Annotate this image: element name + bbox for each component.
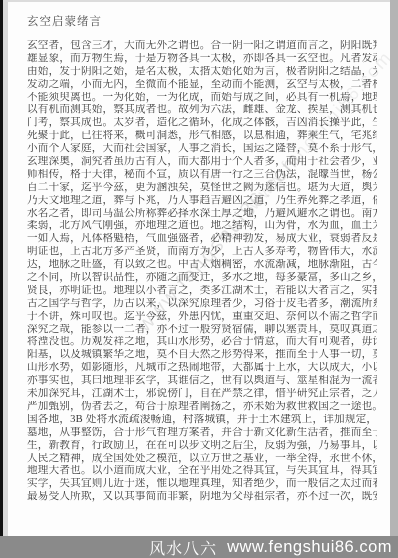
site-name: 风水八六: [149, 536, 217, 558]
chapter-title: 玄空启蒙绪言: [27, 13, 102, 29]
text-line: 不能须臾离也。一为化始，一为化成，而始与成之间，必具有一机焉，地理者，: [27, 92, 377, 105]
text-line: 国各地，3B 处将水流疏浚畅通，村落城镇，并于土木建筑上，详加规定，新旧: [27, 414, 377, 427]
text-line: 墓地，从事整饬，合于形气哲理方案者，并合于新文化新生活者，推而至于新卫: [27, 427, 377, 440]
text-line: 人民之精神，成全国处处之模范，以立万世之基业，一举全得，永世不休，此即: [27, 453, 377, 466]
text-line: 柔弱，北方风气刚强，亦地理之道也。地之结构，山为骨，水为血，血土为肉，: [27, 220, 377, 233]
text-line: 乃天文地理之道，葬与卜兆，乃人事趋吉避凶之道，乃生养死葬之孝道，俗以风: [27, 195, 377, 208]
scan-edge-left-gray: [3, 0, 8, 537]
footer-bar: 风水八六 www.fengshui86.com: [0, 536, 398, 558]
text-line: 古之国学与哲学，历古以来，以深究原理者少，习俗于皮毛者多，潮流所系，几: [27, 298, 377, 311]
text-line: 严加甄别，伪者去之，苟合于原理者阐扬之，亦未始为救世救国之一途也。设全: [27, 401, 377, 414]
site-url-link[interactable]: www.fengshui86.com: [227, 538, 392, 557]
text-line: 发动之端，小而无内，至微而不能显，至动而不能测，玄空与太极，二者相需而: [27, 79, 377, 92]
text-line: 玄空者，包含三才，大而无外之谓也。合一阴一阳之谓道而言之，阴阳既判，雌: [27, 40, 377, 53]
scan-edge-top: [0, 0, 398, 2]
text-line: 以有机而测其始，察其成者也。故列为六法，雌雄、金龙、挨星，测其机也。城: [27, 104, 377, 117]
text-line: 阳基，以及城镇繁华之地，莫不自天然之形势得来，推而至于人事一切，莫不与: [27, 349, 377, 362]
text-line: 山形水势，如影随形，凡城市之热闹地带，大都属于上水，大以成大，小以成小，: [27, 362, 377, 375]
text-line: 死聚于此，已往将来，概可洞悉，形气相感，以息相通，葬乘生气，宅兆纳气，: [27, 130, 377, 143]
text-line: 未加深究耳，江湖术士，邪说傍门，自在严禁之律，惜乎研究正宗者，乏人提倡，: [27, 388, 377, 401]
text-line: 将湮没也。历观发祥之地，其山水形势，必合于情意，而大有可观者，毋论阴地: [27, 336, 377, 349]
text-line: 门考，察其成也。太岁者，造化之循环，化成之体骸，吉凶消长操乎此，生旺衰: [27, 117, 377, 130]
body-text: 玄空者，包含三才，大而无外之谓也。合一阴一阳之谓道而言之，阴阳既判，雌雄显象，而…: [27, 40, 377, 504]
text-line: 明证也，上古北方多产圣贤，而南方为少，上古人多寿考，物皆伟大，水流之畅: [27, 246, 377, 259]
text-line: 水名之者，即司马温公所称葬必择水深土厚之地，乃避风避水之谓也。南方风气: [27, 208, 377, 221]
text-line: 生，新教育，行政励卫，在在可以步文明之后尘，反弱为强，乃易事耳，以全国: [27, 440, 377, 453]
text-line: 地理大者也。以小道而成大业，全在乎用处之得其宜，与失其宜耳，得其宜则为: [27, 465, 377, 478]
text-line: 贤良，亦明证也。地理以小者言之，类多江湖术士，若能以大者言之，实我国最: [27, 285, 377, 298]
text-line: 于不讲，殊可叹也。迄乎今兹，外患内忧，重重交迫、奈何以不需之哲学而加以: [27, 311, 377, 324]
text-line: 雄显象，而万物生焉，于是万物各具一太极，亦即各具一玄空也。凡者发动之所: [27, 53, 377, 66]
text-line: 一如人焉，凡体格魁梧，气血强盛者，必精神勃发，易成大业，衰弱者反是，其: [27, 233, 377, 246]
text-line: 师相传，格于天律，秘而不宣，质以有唐一行之三合伪法，混曚当世，杨公已称: [27, 169, 377, 182]
text-line: 之不同，所以智识品性，亦随之而变迁，多水之地，每多豪富，多山之乡，每多: [27, 272, 377, 285]
text-line: 由始，发于阴阳之始，是名太极，太揩太始化始为言，极者阴阳之结晶，为万物: [27, 66, 377, 79]
text-line: 亦事实也，其曰地理非玄学，其谁信之，世有以舆道与、筮星相混为一流者，乃: [27, 375, 377, 388]
scanned-book-page: www.fengshui86.com www.fengshui86.com 玄空…: [0, 0, 398, 558]
text-line: 达，地脉之旺盛，有以致之也。中古人烟稠密，水流渐减，地脉渐阻，古今之气: [27, 259, 377, 272]
scan-edge-right: [390, 0, 398, 537]
text-line: 最易受人所欺，又以其事简而非繁，阴地为父母祖宗者，亦不过一次，既安而后: [27, 491, 377, 504]
text-line: 实学，失其宜则几近于迷，惟以地理真理，知者绝少，而一般信之太过而着迷者，: [27, 478, 377, 491]
text-line: 深究之哉，能参以一二者，亦不过一般穷贤宿儒，聊以塞责耳，莫叹真道之势: [27, 324, 377, 337]
text-line: 小而个人家庭，大而社会国家，人事之消长，国运之隆替，莫不系于形气，惟其: [27, 143, 377, 156]
text-line: 百二十家，迄乎今兹，更为溷浊矣，莫怪世之阙为迷信也。堪为天道，舆为地道，: [27, 182, 377, 195]
text-line: 玄理深奥，洞究者虽历古有人，而大都用于个人者多，而用于社会者少，业之师: [27, 156, 377, 169]
